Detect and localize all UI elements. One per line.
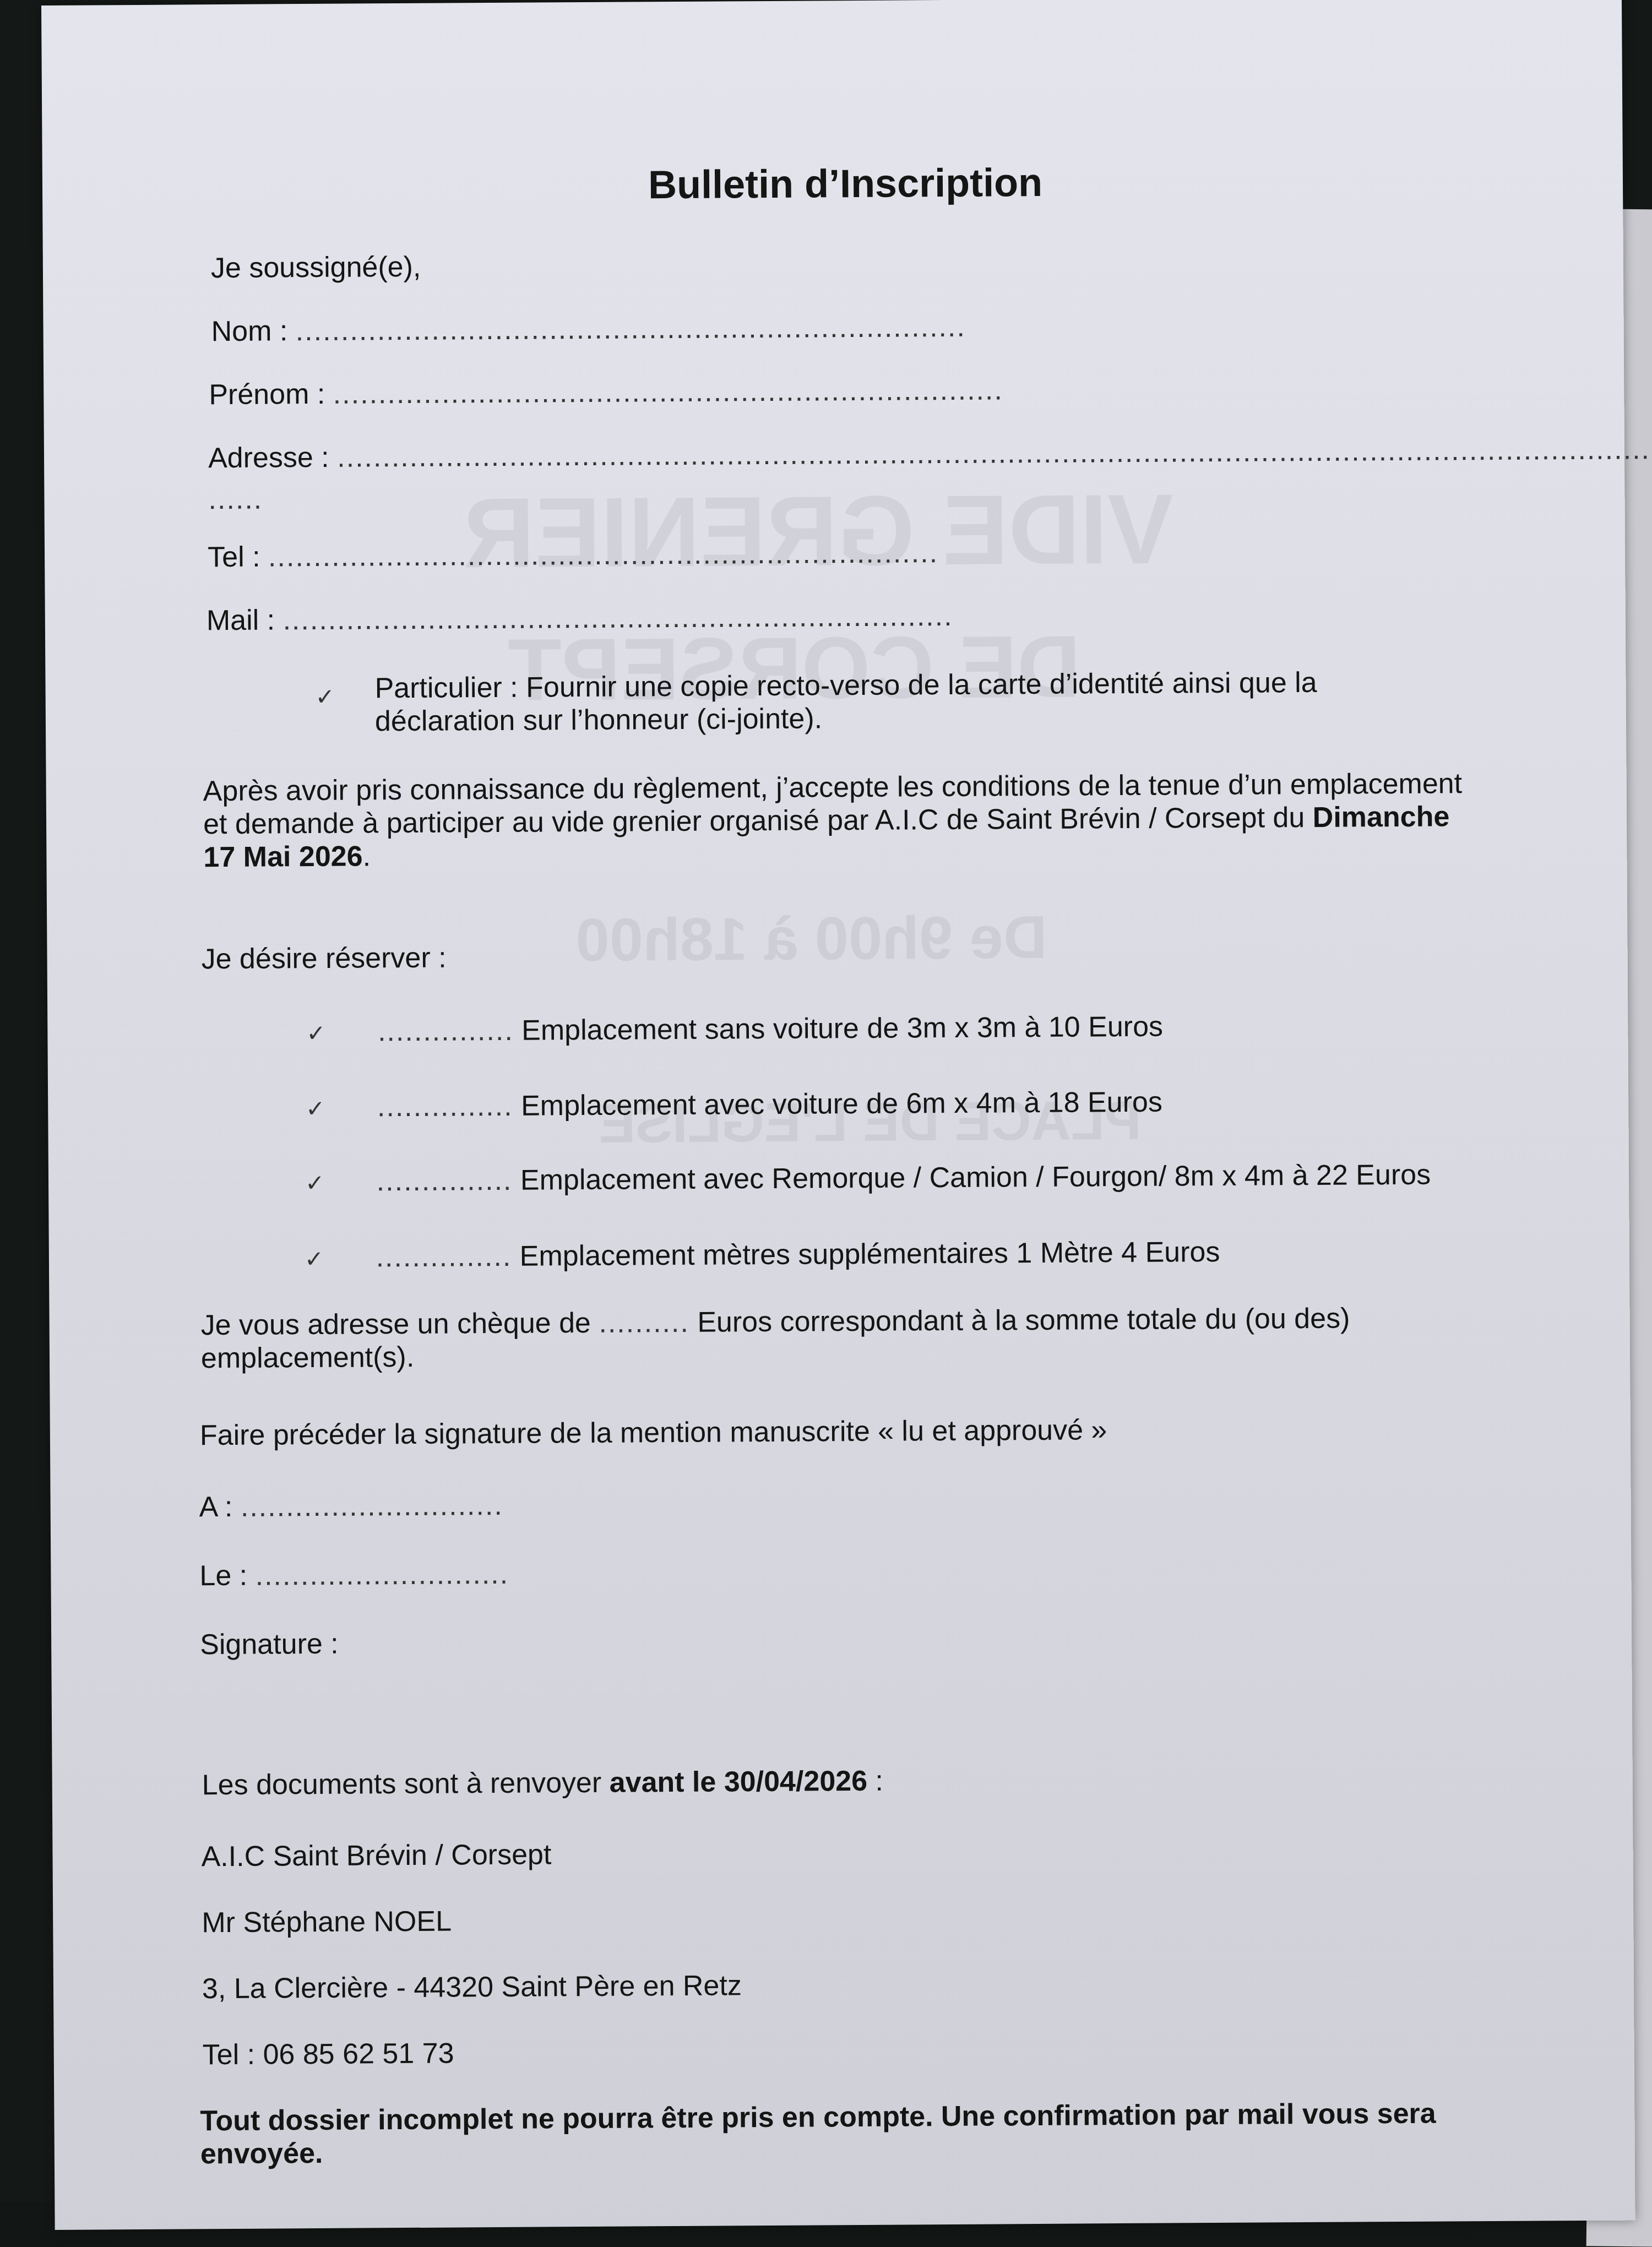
adresse-field[interactable]: Adresse : ..............................…: [208, 433, 1652, 475]
option-row[interactable]: ✓ ............... Emplacement avec Remor…: [305, 1159, 1431, 1199]
mail-label: Mail :: [206, 604, 275, 636]
checkmark-icon: ✓: [306, 1020, 326, 1047]
quantity-blank[interactable]: ...............: [377, 1090, 513, 1123]
tel-blank[interactable]: ........................................…: [268, 537, 938, 573]
checkmark-icon: ✓: [305, 1169, 325, 1196]
contact-name: Mr Stéphane NOEL: [202, 1906, 452, 1940]
mail-blank[interactable]: ........................................…: [282, 600, 953, 636]
option-row[interactable]: ✓ ............... Emplacement mètres sup…: [305, 1236, 1220, 1275]
adresse-blank[interactable]: ........................................…: [337, 433, 1652, 474]
quantity-blank[interactable]: ...............: [376, 1241, 512, 1274]
option-label: Emplacement avec Remorque / Camion / Fou…: [520, 1159, 1431, 1196]
nom-blank[interactable]: ........................................…: [296, 311, 966, 347]
quantity-blank[interactable]: ...............: [378, 1015, 514, 1048]
acceptance-paragraph: Après avoir pris connaissance du règleme…: [203, 768, 1487, 874]
option-label: Emplacement sans voiture de 3m x 3m à 10…: [521, 1011, 1163, 1047]
quantity-blank[interactable]: ...............: [377, 1165, 513, 1198]
signature-mention: Faire précéder la signature de la mentio…: [200, 1414, 1107, 1452]
requirement-text: Particulier : Fournir une copie recto-ve…: [374, 666, 1421, 738]
bleedthrough-text: De 9h00 à 18h00: [575, 902, 1047, 975]
prenom-label: Prénom :: [209, 378, 325, 411]
return-deadline: Les documents sont à renvoyer avant le 3…: [202, 1765, 884, 1802]
contact-phone: Tel : 06 85 62 51 73: [203, 2037, 454, 2072]
bleedthrough-text: VIDE GRENIER: [463, 472, 1173, 590]
tel-label: Tel :: [208, 541, 260, 574]
mail-field[interactable]: Mail : .................................…: [206, 600, 953, 638]
nom-label: Nom :: [211, 315, 287, 347]
form-title: Bulletin d’Inscription: [648, 160, 1042, 208]
deadline-date: avant le 30/04/2026: [610, 1765, 868, 1799]
nom-field[interactable]: Nom : ..................................…: [211, 311, 966, 349]
date-label: Le :: [199, 1560, 247, 1592]
payment-paragraph: Je vous adresse un chèque de .......... …: [200, 1302, 1484, 1375]
option-label: Emplacement mètres supplémentaires 1 Mèt…: [520, 1236, 1220, 1272]
place-blank[interactable]: .............................: [241, 1489, 503, 1523]
intro-text: Je soussigné(e),: [211, 251, 421, 285]
checkmark-icon: ✓: [316, 684, 335, 711]
checkmark-icon: ✓: [305, 1245, 324, 1272]
organization-name: A.I.C Saint Brévin / Corsept: [201, 1838, 551, 1874]
date-blank[interactable]: ............................: [255, 1558, 509, 1592]
prenom-blank[interactable]: ........................................…: [333, 374, 1003, 410]
adresse-label: Adresse :: [208, 442, 329, 474]
option-row[interactable]: ✓ ............... Emplacement avec voitu…: [306, 1086, 1162, 1124]
signature-field[interactable]: Signature :: [200, 1628, 339, 1662]
option-label: Emplacement avec voiture de 6m x 4m à 18…: [521, 1086, 1162, 1122]
place-field[interactable]: A : .............................: [199, 1489, 503, 1524]
option-row[interactable]: ✓ ............... Emplacement sans voitu…: [306, 1011, 1163, 1049]
amount-blank[interactable]: ..........: [599, 1307, 689, 1339]
adresse-continuation-blank[interactable]: ......: [208, 483, 263, 516]
date-field[interactable]: Le : ............................: [199, 1558, 509, 1593]
place-label: A :: [199, 1491, 232, 1523]
prenom-field[interactable]: Prénom : ...............................…: [209, 374, 1003, 412]
checkmark-icon: ✓: [306, 1095, 325, 1122]
registration-form-sheet: VIDE GRENIER DE CORSEPT De 9h00 à 18h00 …: [41, 0, 1635, 2202]
tel-field[interactable]: Tel : ..................................…: [208, 537, 938, 574]
incomplete-warning: Tout dossier incomplet ne pourra être pr…: [200, 2097, 1511, 2171]
reserve-heading: Je désire réserver :: [201, 942, 446, 977]
contact-address: 3, La Clercière - 44320 Saint Père en Re…: [202, 1969, 742, 2006]
